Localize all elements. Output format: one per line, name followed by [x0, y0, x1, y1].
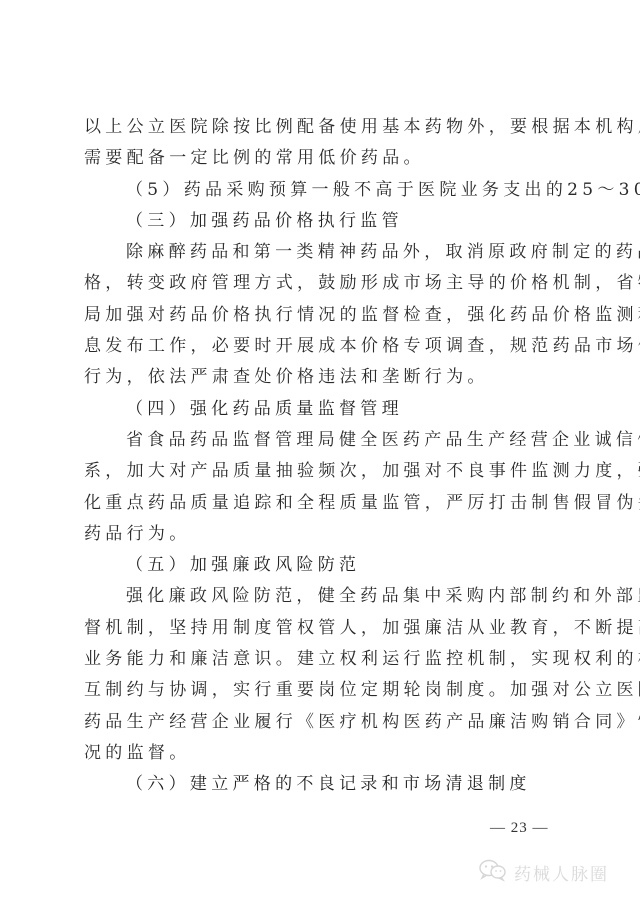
watermark: 药械人脉圈: [478, 858, 609, 887]
text-line: （5）药品采购预算一般不高于医院业务支出的25～30%。: [84, 175, 558, 206]
watermark-text: 药械人脉圈: [514, 860, 609, 885]
text-line: 省食品药品监督管理局健全医药产品生产经营企业诚信体: [84, 425, 558, 456]
wechat-icon: [478, 858, 514, 887]
text-line: 督机制，坚持用制度管权管人，加强廉洁从业教育，不断提高: [84, 613, 558, 644]
text-line: 以上公立医院除按比例配备使用基本药物外，要根据本机构用药: [84, 112, 558, 143]
text-line: 互制约与协调，实行重要岗位定期轮岗制度。加强对公立医院、: [84, 675, 558, 706]
text-line: 药品行为。: [84, 519, 558, 550]
text-line: 局加强对药品价格执行情况的监督检查，强化药品价格监测和信: [84, 300, 558, 331]
text-line: 药品生产经营企业履行《医疗机构医药产品廉洁购销合同》情: [84, 707, 558, 738]
text-line: 系，加大对产品质量抽验频次，加强对不良事件监测力度，强: [84, 456, 558, 487]
section-heading: （三）加强药品价格执行监管: [84, 206, 558, 237]
section-heading: （六）建立严格的不良记录和市场清退制度: [84, 769, 558, 800]
page-number: — 23 —: [490, 820, 549, 837]
text-line: 行为，依法严肃查处价格违法和垄断行为。: [84, 362, 558, 393]
text-line: 化重点药品质量追踪和全程质量监管，严厉打击制售假冒伪劣: [84, 488, 558, 519]
text-line: 格，转变政府管理方式，鼓励形成市场主导的价格机制，省物价: [84, 268, 558, 299]
document-body: 以上公立医院除按比例配备使用基本药物外，要根据本机构用药 需要配备一定比例的常用…: [84, 112, 558, 801]
text-line: 况的监督。: [84, 738, 558, 769]
text-line: 强化廉政风险防范，健全药品集中采购内部制约和外部监: [84, 581, 558, 612]
section-heading: （五）加强廉政风险防范: [84, 550, 558, 581]
section-heading: （四）强化药品质量监督管理: [84, 394, 558, 425]
text-line: 除麻醉药品和第一类精神药品外，取消原政府制定的药品价: [84, 237, 558, 268]
text-line: 息发布工作，必要时开展成本价格专项调查，规范药品市场价格: [84, 331, 558, 362]
text-line: 业务能力和廉洁意识。建立权利运行监控机制，实现权利的相: [84, 644, 558, 675]
text-line: 需要配备一定比例的常用低价药品。: [84, 143, 558, 174]
